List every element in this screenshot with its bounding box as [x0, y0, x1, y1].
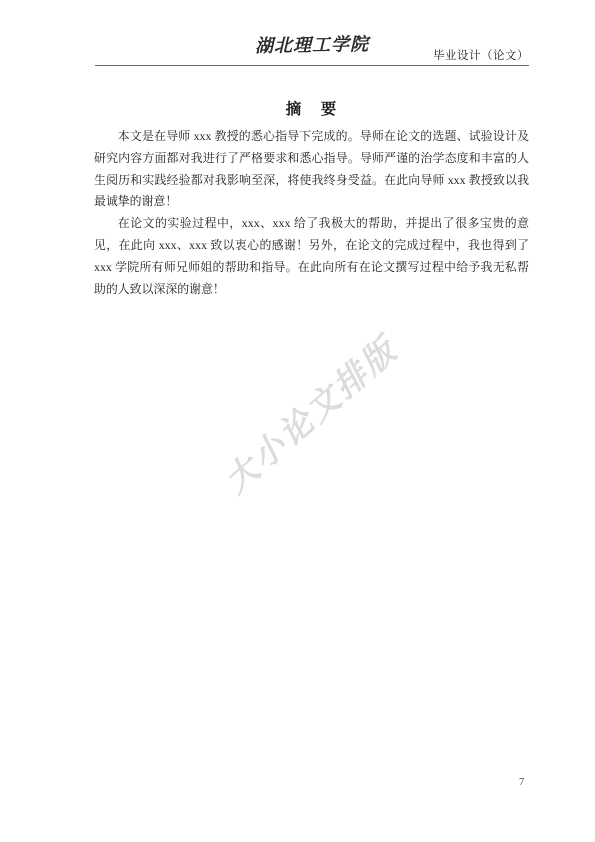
abstract-line: 最诚挚的谢意！	[94, 191, 529, 213]
abstract-line: 见，在此向 xxx、xxx 致以衷心的感谢！另外，在论文的完成过程中，我也得到了	[94, 235, 529, 257]
page-number: 7	[519, 778, 524, 789]
watermark-text: 大小论文排版	[211, 325, 414, 507]
abstract-body: 本文是在导师 xxx 教授的悉心指导下完成的。导师在论文的选题、试验设计及 研究…	[94, 126, 529, 300]
document-page: 湖北理工学院 毕业设计（论文） 摘 要 本文是在导师 xxx 教授的悉心指导下完…	[0, 0, 595, 842]
abstract-paragraph-2: 在论文的实验过程中，xxx、xxx 给了我极大的帮助，并提出了很多宝贵的意 见，…	[94, 213, 529, 300]
abstract-line: 在论文的实验过程中，xxx、xxx 给了我极大的帮助，并提出了很多宝贵的意	[94, 213, 529, 235]
abstract-line: 生阅历和实践经验都对我影响至深，将使我终身受益。在此向导师 xxx 教授致以我	[94, 170, 529, 192]
abstract-line: 研究内容方面都对我进行了严格要求和悉心指导。导师严谨的治学态度和丰富的人	[94, 148, 529, 170]
abstract-line: 助的人致以深深的谢意！	[94, 279, 529, 301]
page-header: 湖北理工学院 毕业设计（论文）	[95, 0, 529, 66]
abstract-line: xxx 学院所有师兄师姐的帮助和指导。在此向所有在论文撰写过程中给予我无私帮	[94, 257, 529, 279]
abstract-title: 摘 要	[95, 101, 529, 120]
thesis-type-label: 毕业设计（论文）	[433, 51, 529, 63]
abstract-line: 本文是在导师 xxx 教授的悉心指导下完成的。导师在论文的选题、试验设计及	[94, 126, 529, 148]
abstract-paragraph-1: 本文是在导师 xxx 教授的悉心指导下完成的。导师在论文的选题、试验设计及 研究…	[94, 126, 529, 213]
